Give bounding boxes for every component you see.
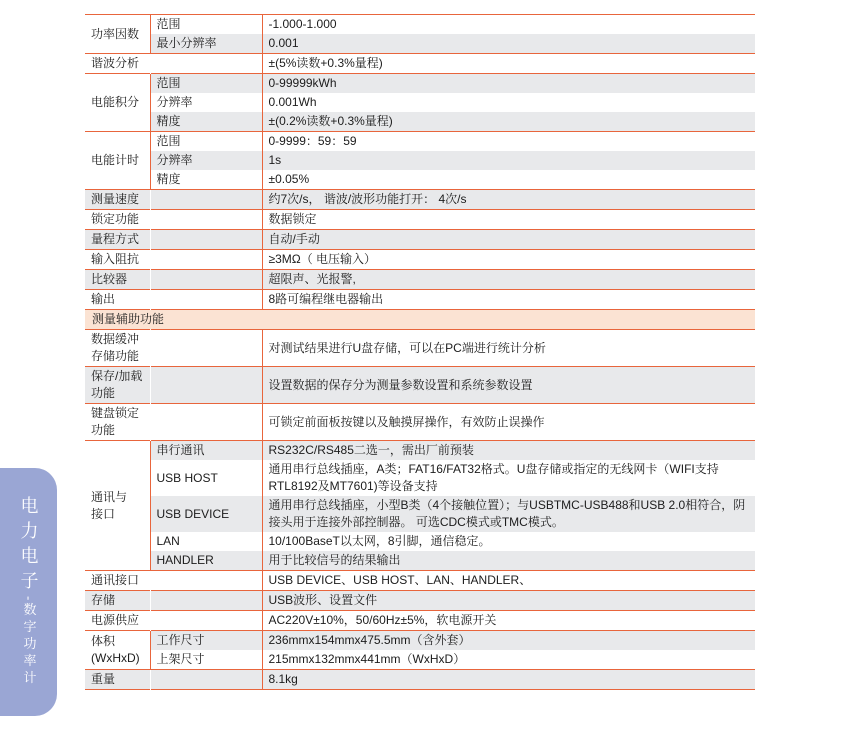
row-value-cell: ±(5%读数+0.3%量程)	[262, 54, 755, 74]
row-label-cell: 键盘锁定功能	[85, 404, 150, 441]
row-value-cell: 对测试结果进行U盘存储，可以在PC端进行统计分析	[262, 330, 755, 367]
row-label-cell: LAN	[150, 532, 262, 551]
row-value-cell: 0-9999：59：59	[262, 132, 755, 152]
row-label-cell: 范围	[150, 15, 262, 35]
table-row: 电能积分范围0-99999kWh	[85, 74, 755, 94]
row-label-spacer-cell	[150, 330, 262, 367]
row-value-cell: 用于比较信号的结果输出	[262, 551, 755, 571]
row-label-spacer-cell	[150, 611, 262, 631]
table-row: 精度±0.05%	[85, 170, 755, 190]
row-value-cell: USB DEVICE、USB HOST、LAN、HANDLER、	[262, 571, 755, 591]
row-label-spacer-cell	[150, 571, 262, 591]
row-label-cell: 测量速度	[85, 190, 150, 210]
row-value-cell: 1s	[262, 151, 755, 170]
spec-table: 功率因数范围-1.000-1.000最小分辨率0.001谐波分析±(5%读数+0…	[85, 14, 755, 690]
row-label-cell: 范围	[150, 132, 262, 152]
row-label-cell: 串行通讯	[150, 441, 262, 461]
row-label-cell: USB DEVICE	[150, 496, 262, 532]
row-label-cell: USB HOST	[150, 460, 262, 496]
table-row: 保存/加载功能设置数据的保存分为测量参数设置和系统参数设置	[85, 367, 755, 404]
group-label-cell: 电能积分	[85, 74, 150, 132]
row-value-cell: 设置数据的保存分为测量参数设置和系统参数设置	[262, 367, 755, 404]
table-row: 重量8.1kg	[85, 670, 755, 690]
row-label-cell: 最小分辨率	[150, 34, 262, 54]
row-label-cell: 分辨率	[150, 151, 262, 170]
row-label-spacer-cell	[150, 367, 262, 404]
row-label-cell: 输出	[85, 290, 150, 310]
group-label-cell: 通讯与 接口	[85, 441, 150, 571]
row-label-spacer-cell	[150, 290, 262, 310]
row-value-cell: ±0.05%	[262, 170, 755, 190]
table-row: 体积 (WxHxD)工作尺寸236mmx154mmx475.5mm（含外套）	[85, 631, 755, 651]
row-value-cell: 可锁定前面板按键以及触摸屏操作，有效防止误操作	[262, 404, 755, 441]
table-row: 量程方式自动/手动	[85, 230, 755, 250]
row-label-cell: 谐波分析	[85, 54, 150, 74]
table-row: 通讯与 接口串行通讯RS232C/RS485二选一，需出厂前预装	[85, 441, 755, 461]
row-value-cell: 236mmx154mmx475.5mm（含外套）	[262, 631, 755, 651]
spec-table-body: 功率因数范围-1.000-1.000最小分辨率0.001谐波分析±(5%读数+0…	[85, 15, 755, 690]
table-row: 谐波分析±(5%读数+0.3%量程)	[85, 54, 755, 74]
table-row: 电源供应AC220V±10%，50/60Hz±5%，软电源开关	[85, 611, 755, 631]
row-label-cell: 保存/加载功能	[85, 367, 150, 404]
table-row: 存储USB波形、设置文件	[85, 591, 755, 611]
row-value-cell: 通用串行总线插座，A类；FAT16/FAT32格式。U盘存储或指定的无线网卡（W…	[262, 460, 755, 496]
row-label-cell: 精度	[150, 170, 262, 190]
row-label-spacer-cell	[150, 670, 262, 690]
row-value-cell: 通用串行总线插座，小型B类（4个接触位置）；与USBTMC-USB488和USB…	[262, 496, 755, 532]
table-row: 锁定功能数据锁定	[85, 210, 755, 230]
row-value-cell: 数据锁定	[262, 210, 755, 230]
row-label-cell: 重量	[85, 670, 150, 690]
row-label-cell: 范围	[150, 74, 262, 94]
group-label-cell: 体积 (WxHxD)	[85, 631, 150, 670]
sidebar-tab-power-meter: 电力电子-数字功率计	[0, 468, 57, 716]
row-value-cell: ≥3MΩ（ 电压输入）	[262, 250, 755, 270]
row-label-cell: 通讯接口	[85, 571, 150, 591]
row-label-spacer-cell	[150, 230, 262, 250]
table-row: 输入阻抗≥3MΩ（ 电压输入）	[85, 250, 755, 270]
row-value-cell: USB波形、设置文件	[262, 591, 755, 611]
row-label-cell: 比较器	[85, 270, 150, 290]
table-row: 测量速度约7次/s， 谐波/波形功能打开： 4次/s	[85, 190, 755, 210]
table-row: USB DEVICE通用串行总线插座，小型B类（4个接触位置）；与USBTMC-…	[85, 496, 755, 532]
section-header-row: 测量辅助功能	[85, 310, 755, 330]
table-row: 输出8路可编程继电器输出	[85, 290, 755, 310]
row-label-cell: 分辨率	[150, 93, 262, 112]
table-row: 分辨率1s	[85, 151, 755, 170]
row-value-cell: 8路可编程继电器输出	[262, 290, 755, 310]
table-row: 最小分辨率0.001	[85, 34, 755, 54]
row-label-cell: 电源供应	[85, 611, 150, 631]
row-value-cell: 215mmx132mmx441mm（WxHxD）	[262, 650, 755, 670]
table-row: 上架尺寸215mmx132mmx441mm（WxHxD）	[85, 650, 755, 670]
section-header-cell: 测量辅助功能	[85, 310, 755, 330]
row-value-cell: 约7次/s， 谐波/波形功能打开： 4次/s	[262, 190, 755, 210]
row-value-cell: 自动/手动	[262, 230, 755, 250]
table-row: HANDLER用于比较信号的结果输出	[85, 551, 755, 571]
row-label-cell: HANDLER	[150, 551, 262, 571]
row-label-spacer-cell	[150, 210, 262, 230]
sidebar-tab-label-secondary: 数字功率计	[22, 603, 37, 688]
row-label-cell: 锁定功能	[85, 210, 150, 230]
table-row: 精度±(0.2%读数+0.3%量程)	[85, 112, 755, 132]
table-row: 功率因数范围-1.000-1.000	[85, 15, 755, 35]
row-label-cell: 数据缓冲存储功能	[85, 330, 150, 367]
row-label-spacer-cell	[150, 404, 262, 441]
row-value-cell: AC220V±10%，50/60Hz±5%，软电源开关	[262, 611, 755, 631]
row-value-cell: 8.1kg	[262, 670, 755, 690]
row-label-cell: 上架尺寸	[150, 650, 262, 670]
table-row: 数据缓冲存储功能对测试结果进行U盘存储，可以在PC端进行统计分析	[85, 330, 755, 367]
row-label-cell: 输入阻抗	[85, 250, 150, 270]
row-value-cell: 0.001Wh	[262, 93, 755, 112]
row-label-spacer-cell	[150, 250, 262, 270]
row-label-spacer-cell	[150, 591, 262, 611]
sidebar-tab-label-primary: 电力电子	[19, 496, 39, 596]
row-value-cell: 0-99999kWh	[262, 74, 755, 94]
row-value-cell: 10/100BaseT以太网，8引脚，通信稳定。	[262, 532, 755, 551]
table-row: 比较器超限声、光报警,	[85, 270, 755, 290]
row-label-cell: 工作尺寸	[150, 631, 262, 651]
table-row: 电能计时范围0-9999：59：59	[85, 132, 755, 152]
row-label-spacer-cell	[150, 190, 262, 210]
row-value-cell: RS232C/RS485二选一，需出厂前预装	[262, 441, 755, 461]
row-value-cell: 0.001	[262, 34, 755, 54]
sidebar-tab-label: 电力电子-数字功率计	[16, 496, 42, 687]
table-row: USB HOST通用串行总线插座，A类；FAT16/FAT32格式。U盘存储或指…	[85, 460, 755, 496]
table-row: 键盘锁定功能可锁定前面板按键以及触摸屏操作，有效防止误操作	[85, 404, 755, 441]
table-row: 分辨率0.001Wh	[85, 93, 755, 112]
row-value-cell: ±(0.2%读数+0.3%量程)	[262, 112, 755, 132]
row-label-cell: 存储	[85, 591, 150, 611]
row-label-spacer-cell	[150, 54, 262, 74]
table-row: 通讯接口USB DEVICE、USB HOST、LAN、HANDLER、	[85, 571, 755, 591]
row-value-cell: 超限声、光报警,	[262, 270, 755, 290]
row-label-cell: 量程方式	[85, 230, 150, 250]
row-label-spacer-cell	[150, 270, 262, 290]
row-label-cell: 精度	[150, 112, 262, 132]
row-value-cell: -1.000-1.000	[262, 15, 755, 35]
table-row: LAN10/100BaseT以太网，8引脚，通信稳定。	[85, 532, 755, 551]
group-label-cell: 电能计时	[85, 132, 150, 190]
group-label-cell: 功率因数	[85, 15, 150, 54]
